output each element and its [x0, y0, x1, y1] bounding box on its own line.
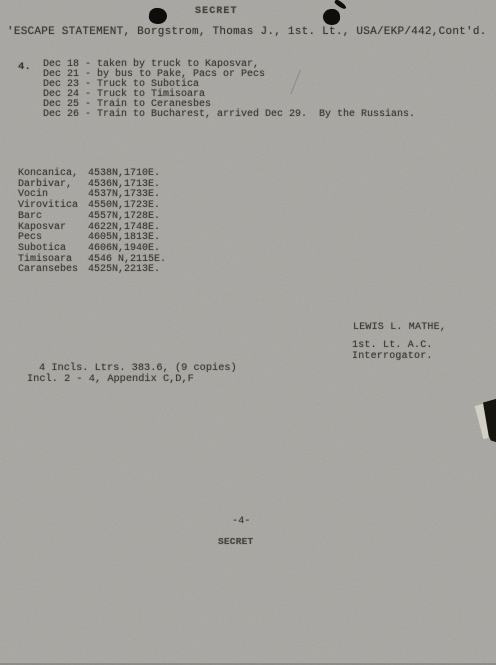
torn-edge: [470, 398, 496, 444]
classification-stamp-bottom: SECRET: [218, 536, 253, 547]
ink-blot-left: [148, 7, 168, 25]
signature-name: LEWIS L. MATHE,: [353, 322, 446, 333]
enclosure-line: Incl. 2 - 4, Appendix C,D,F: [27, 374, 237, 385]
signature-title: Interrogator.: [352, 351, 433, 362]
place-name: Barc: [18, 212, 88, 223]
place-coordinates: 4525N,2213E.: [88, 265, 160, 276]
document-title-line: 'ESCAPE STATEMENT, Borgstrom, Thomas J.,…: [7, 26, 487, 38]
itinerary-line: Dec 26 - Train to Bucharest, arrived Dec…: [43, 110, 415, 120]
coordinate-row: Caransebes 4525N,2213E.: [18, 265, 166, 276]
signature-rank: 1st. Lt. A.C.: [352, 340, 433, 351]
enclosure-line: 4 Incls. Ltrs. 383.6, (9 copies): [39, 363, 237, 374]
coordinate-row: Barc 4557N,1728E.: [18, 212, 166, 223]
place-name: Caransebes: [18, 265, 88, 276]
page-number: -4-: [232, 516, 251, 527]
ink-blot-right: [322, 8, 341, 26]
itinerary-list: Dec 18 - taken by truck to Kaposvar, Dec…: [43, 60, 415, 119]
classification-stamp-top: SECRET: [195, 6, 238, 17]
item-number: 4.: [18, 61, 31, 73]
place-coordinates: 4557N,1728E.: [88, 212, 160, 223]
document-page: SECRET 'ESCAPE STATEMENT, Borgstrom, Tho…: [0, 0, 496, 665]
coordinates-table: Koncanica, 4538N,1710E. Darbivar, 4536N,…: [18, 169, 166, 276]
enclosures-note: 4 Incls. Ltrs. 383.6, (9 copies) Incl. 2…: [27, 363, 237, 384]
